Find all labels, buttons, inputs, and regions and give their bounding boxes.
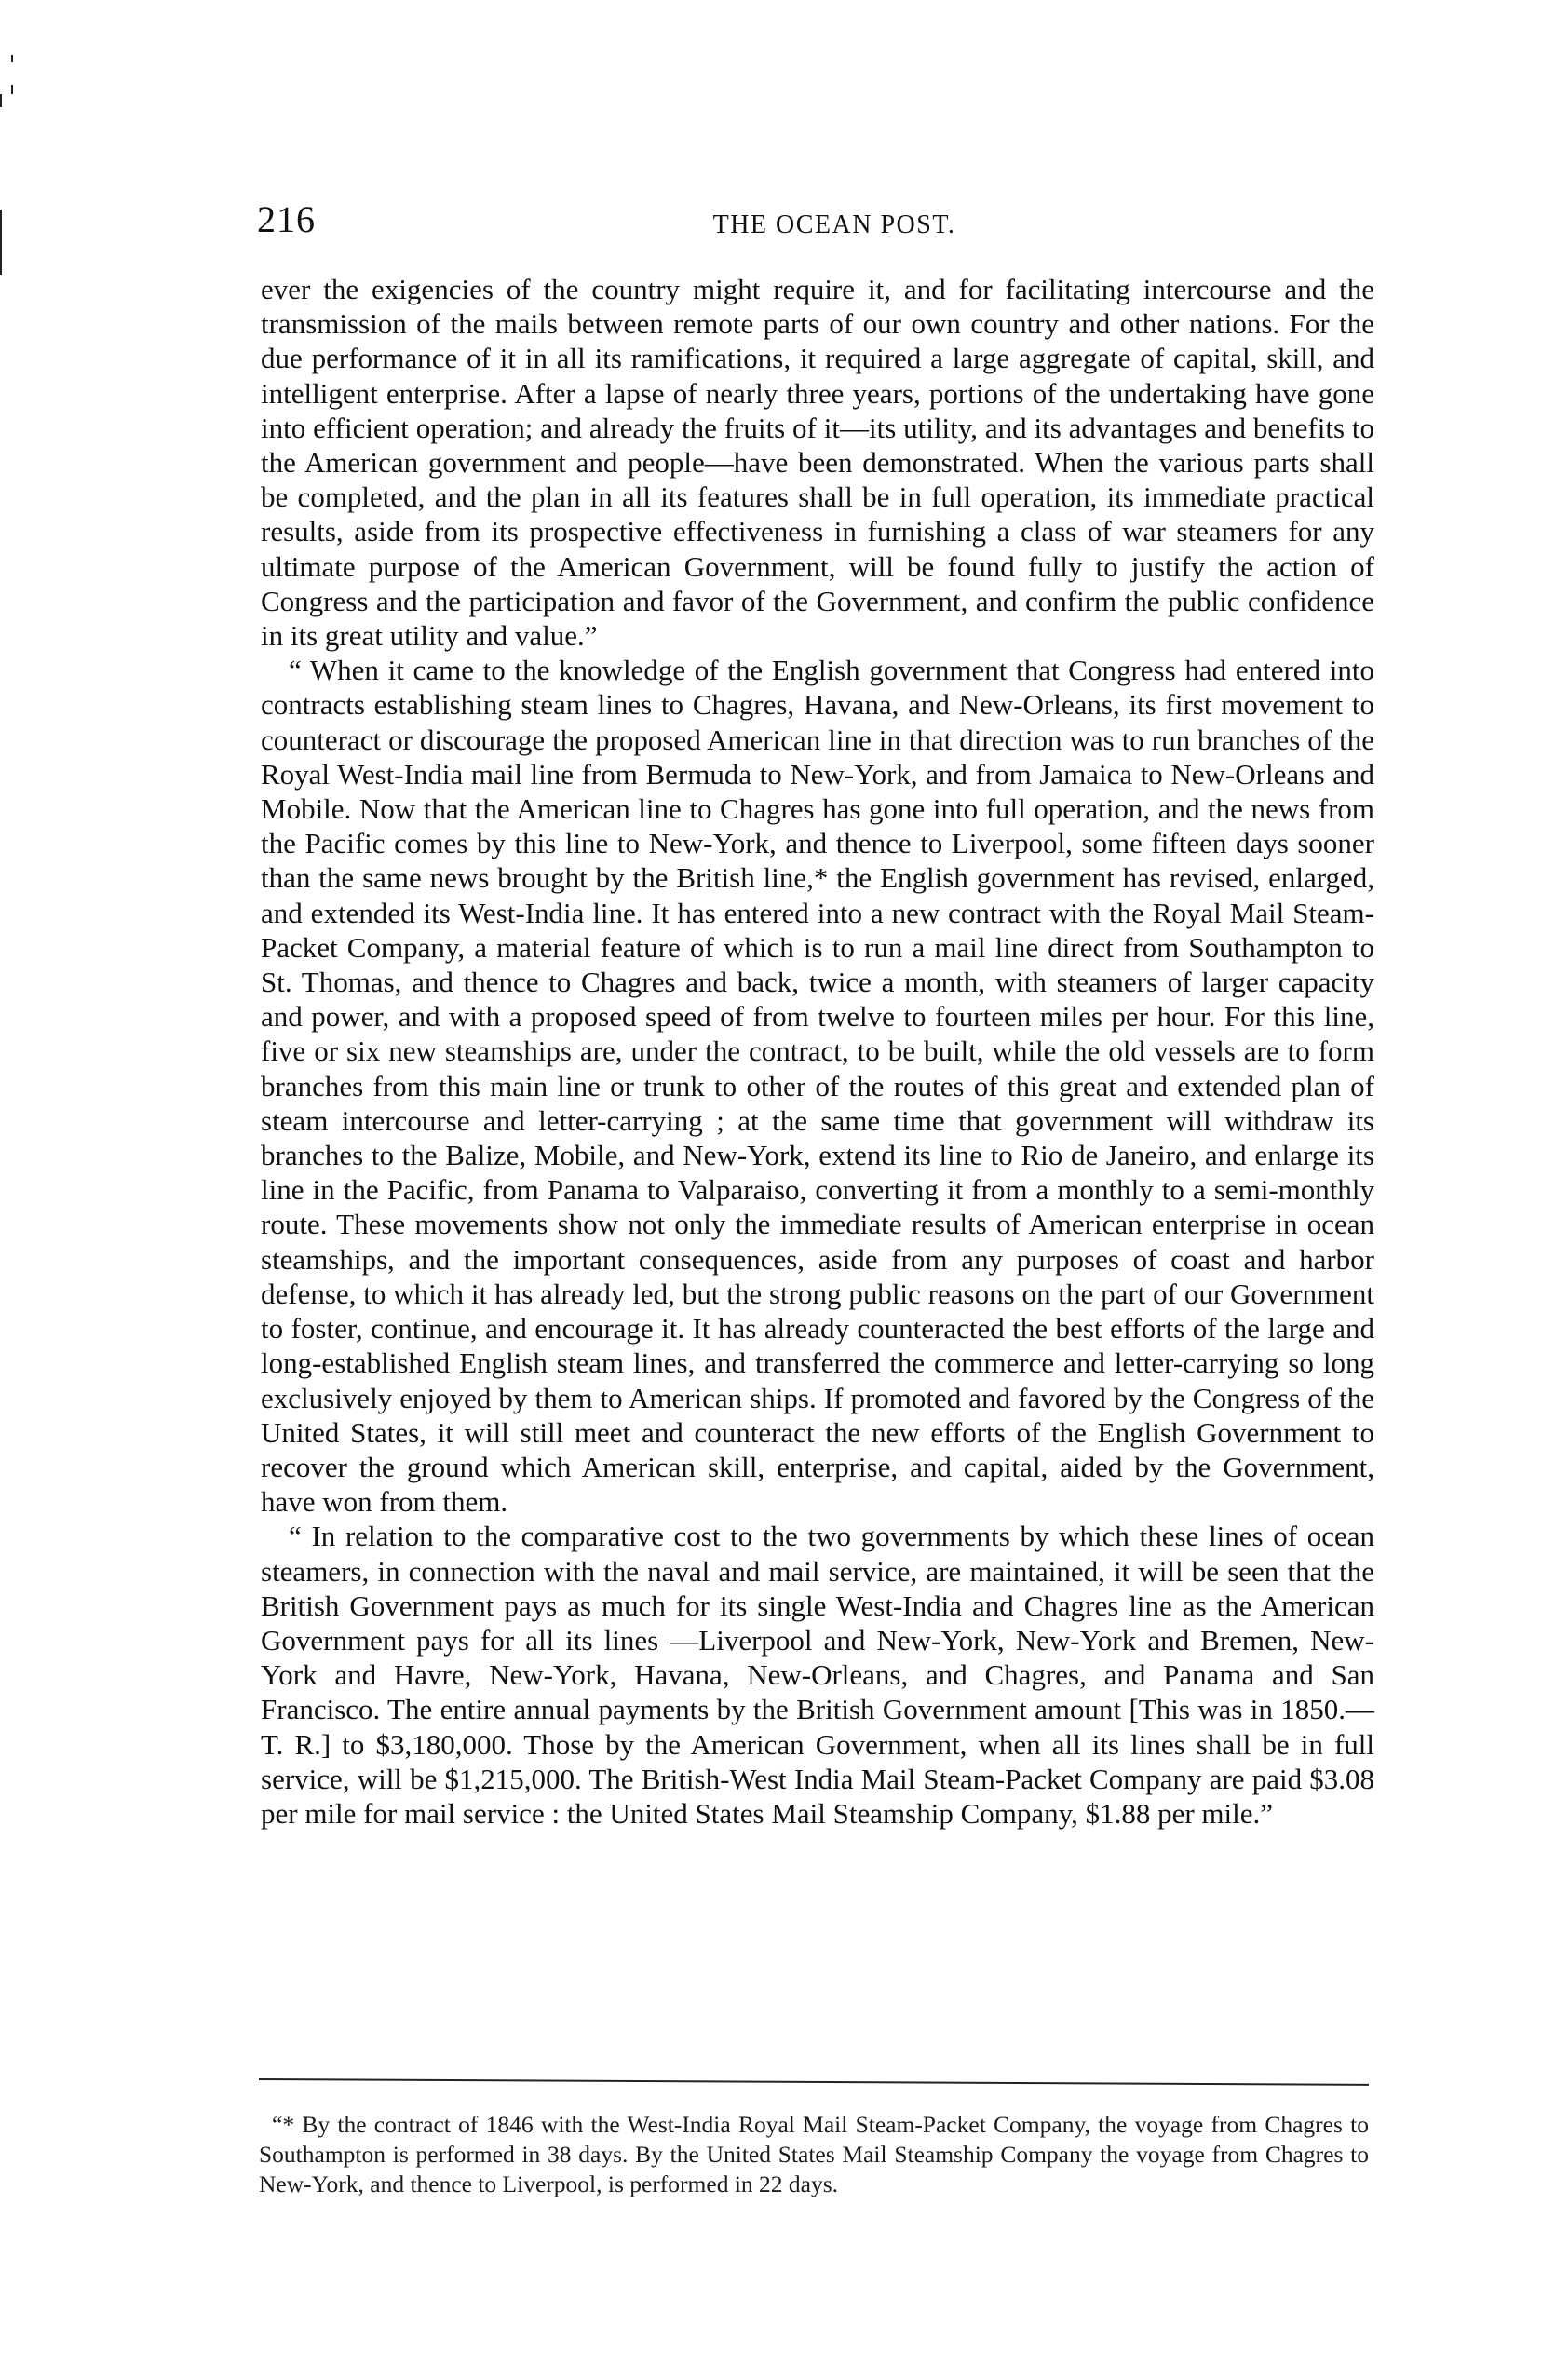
running-head: 216 THE OCEAN POST. bbox=[257, 197, 1374, 244]
running-title: THE OCEAN POST. bbox=[257, 210, 1374, 240]
book-page: 216 THE OCEAN POST. ever the exigencies … bbox=[0, 0, 1542, 2380]
paragraph-english-government: “ When it came to the knowledge of the E… bbox=[261, 653, 1374, 1519]
body-text: ever the exigencies of the country might… bbox=[261, 272, 1374, 1831]
footnote-text: “* By the contract of 1846 with the West… bbox=[259, 2110, 1369, 2199]
paragraph-continuation: ever the exigencies of the country might… bbox=[261, 272, 1374, 653]
footnote-divider bbox=[259, 2078, 1369, 2086]
scan-edge-marks bbox=[0, 51, 15, 284]
paragraph-comparative-cost: “ In relation to the comparative cost to… bbox=[261, 1519, 1374, 1831]
footnote: “* By the contract of 1846 with the West… bbox=[259, 2110, 1369, 2199]
